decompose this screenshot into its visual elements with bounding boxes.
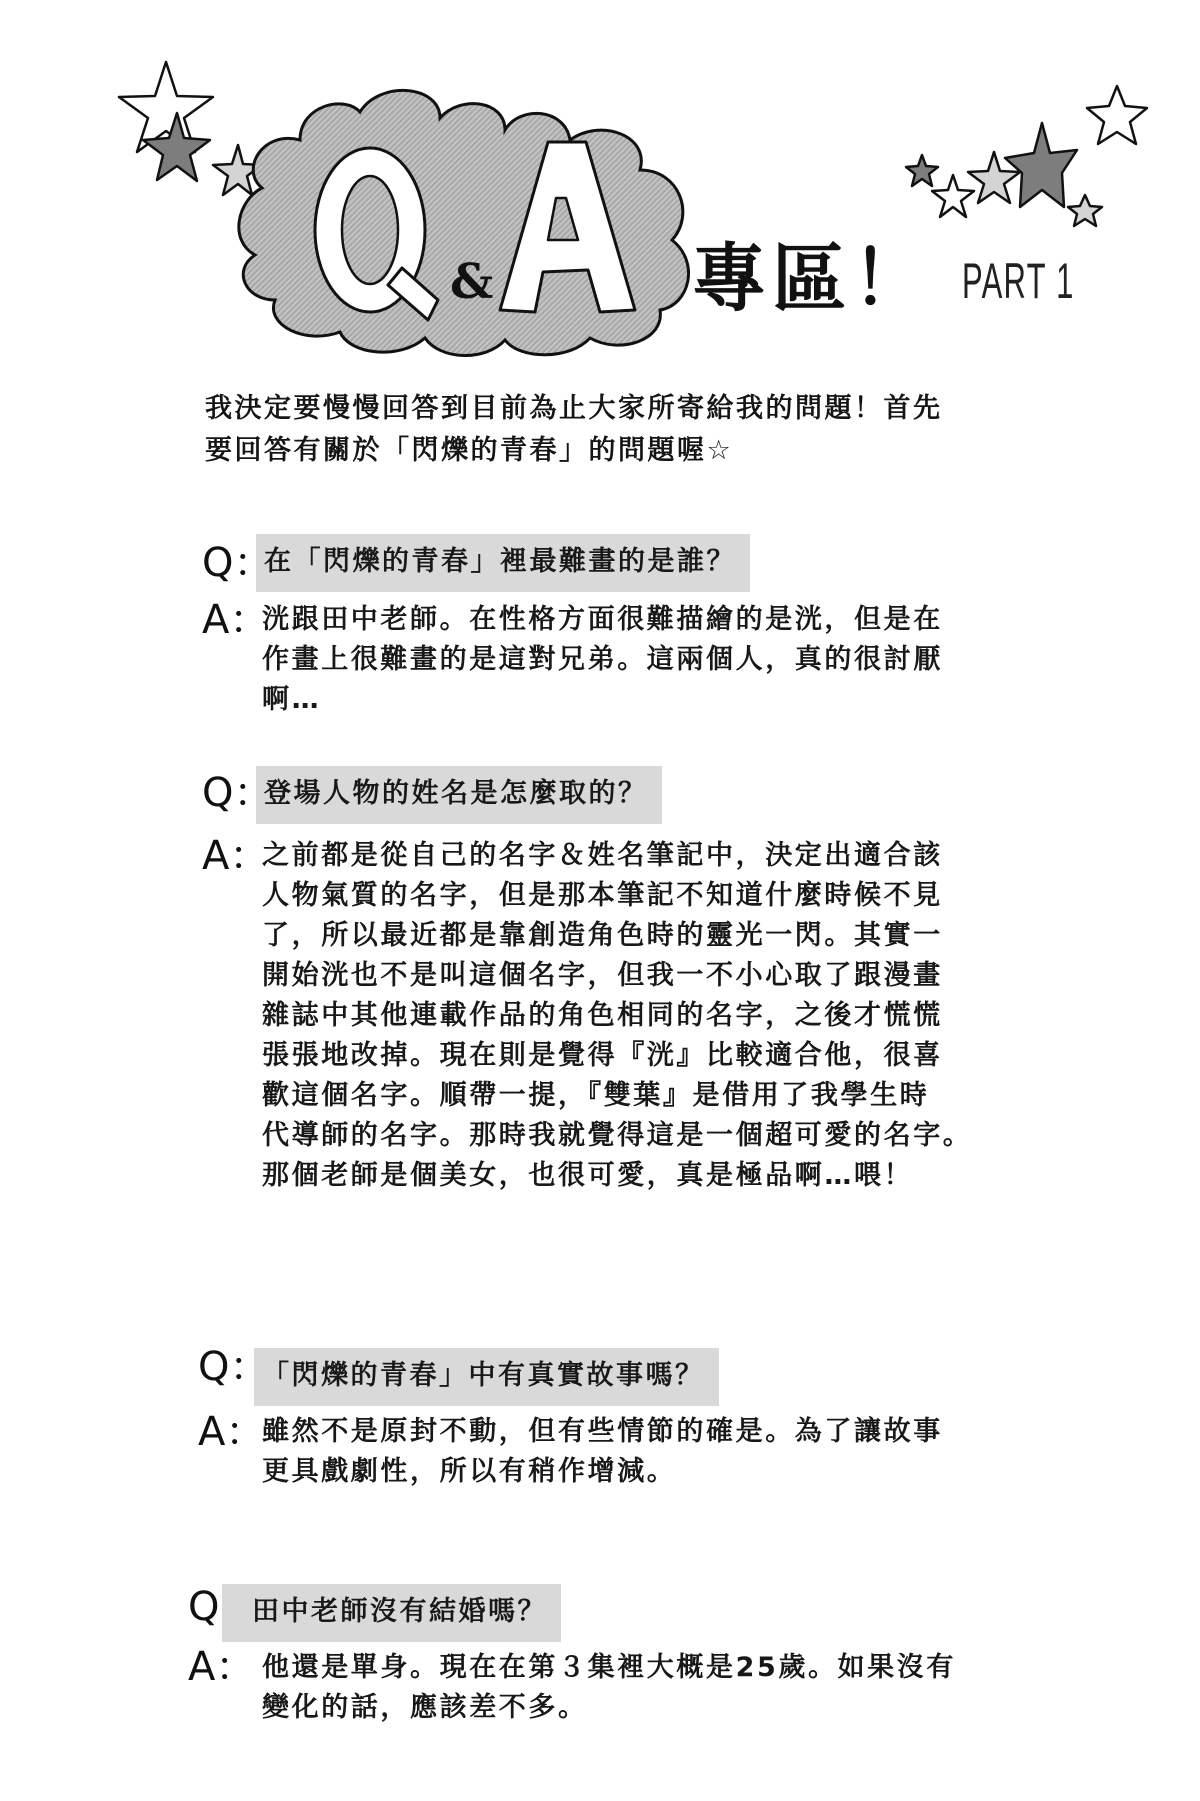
answer-line: 張張地改掉。現在則是覺得『洸』比較適合他，很喜 <box>262 1036 1062 1076</box>
answer-line: 雖然不是原封不動，但有些情節的確是。為了讓故事 <box>262 1412 1062 1452</box>
answer-line: 代導師的名字。那時我就覺得這是一個超可愛的名字。 <box>262 1116 1062 1156</box>
answer-line: 洸跟田中老師。在性格方面很難描繪的是洸，但是在 <box>262 600 1062 640</box>
answer-line: 之前都是從自己的名字＆姓名筆記中，決定出適合該 <box>262 836 1062 876</box>
question-text: 在「閃爍的青春」裡最難畫的是誰？ <box>256 534 750 592</box>
part-label: PART 1 <box>962 252 1075 310</box>
question-text: 田中老師沒有結婚嗎？ <box>222 1584 561 1642</box>
answer-line: 作畫上很難畫的是這對兄弟。這兩個人，真的很討厭 <box>262 640 1062 680</box>
star-icon <box>119 62 262 195</box>
answer-line: 雜誌中其他連載作品的角色相同的名字，之後才慌慌 <box>262 996 1062 1036</box>
question-text: 登場人物的姓名是怎麼取的？ <box>256 766 662 824</box>
answer-label: A： <box>188 1645 255 1689</box>
answer-text: 他還是單身。現在在第３集裡大概是25歲。如果沒有 變化的話，應該差不多。 <box>262 1648 1062 1728</box>
intro-paragraph: 我決定要慢慢回答到目前為止大家所寄給我的問題！首先 要回答有關於「閃爍的青春」的… <box>205 388 1085 472</box>
answer-line: 變化的話，應該差不多。 <box>262 1688 1062 1728</box>
answer-line: 那個老師是個美女，也很可愛，真是極品啊…喂！ <box>262 1156 1062 1196</box>
answer-line: 歡這個名字。順帶一提，『雙葉』是借用了我學生時 <box>262 1076 1062 1116</box>
answer-line: 人物氣質的名字，但是那本筆記不知道什麼時候不見 <box>262 876 1062 916</box>
cloud-bubble <box>239 90 689 355</box>
intro-line: 我決定要慢慢回答到目前為止大家所寄給我的問題！首先 <box>205 388 1085 430</box>
intro-line: 要回答有關於「閃爍的青春」的問題喔☆ <box>205 430 1085 472</box>
page-title: 專區！ <box>692 236 932 322</box>
answer-label: A： <box>202 834 269 878</box>
question-text: 「閃爍的青春」中有真實故事嗎？ <box>254 1348 719 1406</box>
star-icon <box>906 86 1147 226</box>
answer-text: 雖然不是原封不動，但有些情節的確是。為了讓故事 更具戲劇性，所以有稍作增減。 <box>262 1412 1062 1492</box>
answer-line: 開始洸也不是叫這個名字，但我一不小心取了跟漫畫 <box>262 956 1062 996</box>
answer-line: 他還是單身。現在在第３集裡大概是25歲。如果沒有 <box>262 1648 1062 1688</box>
answer-text: 之前都是從自己的名字＆姓名筆記中，決定出適合該 人物氣質的名字，但是那本筆記不知… <box>262 836 1062 1196</box>
answer-line: 更具戲劇性，所以有稍作增減。 <box>262 1452 1062 1492</box>
answer-label: A： <box>198 1410 265 1454</box>
ampersand-glyph: & <box>450 254 493 310</box>
answer-line: 了，所以最近都是靠創造角色時的靈光一閃。其實一 <box>262 916 1062 956</box>
answer-label: A： <box>202 598 269 642</box>
answer-text: 洸跟田中老師。在性格方面很難描繪的是洸，但是在 作畫上很難畫的是這對兄弟。這兩個… <box>262 600 1062 720</box>
answer-line: 啊… <box>262 680 1062 720</box>
